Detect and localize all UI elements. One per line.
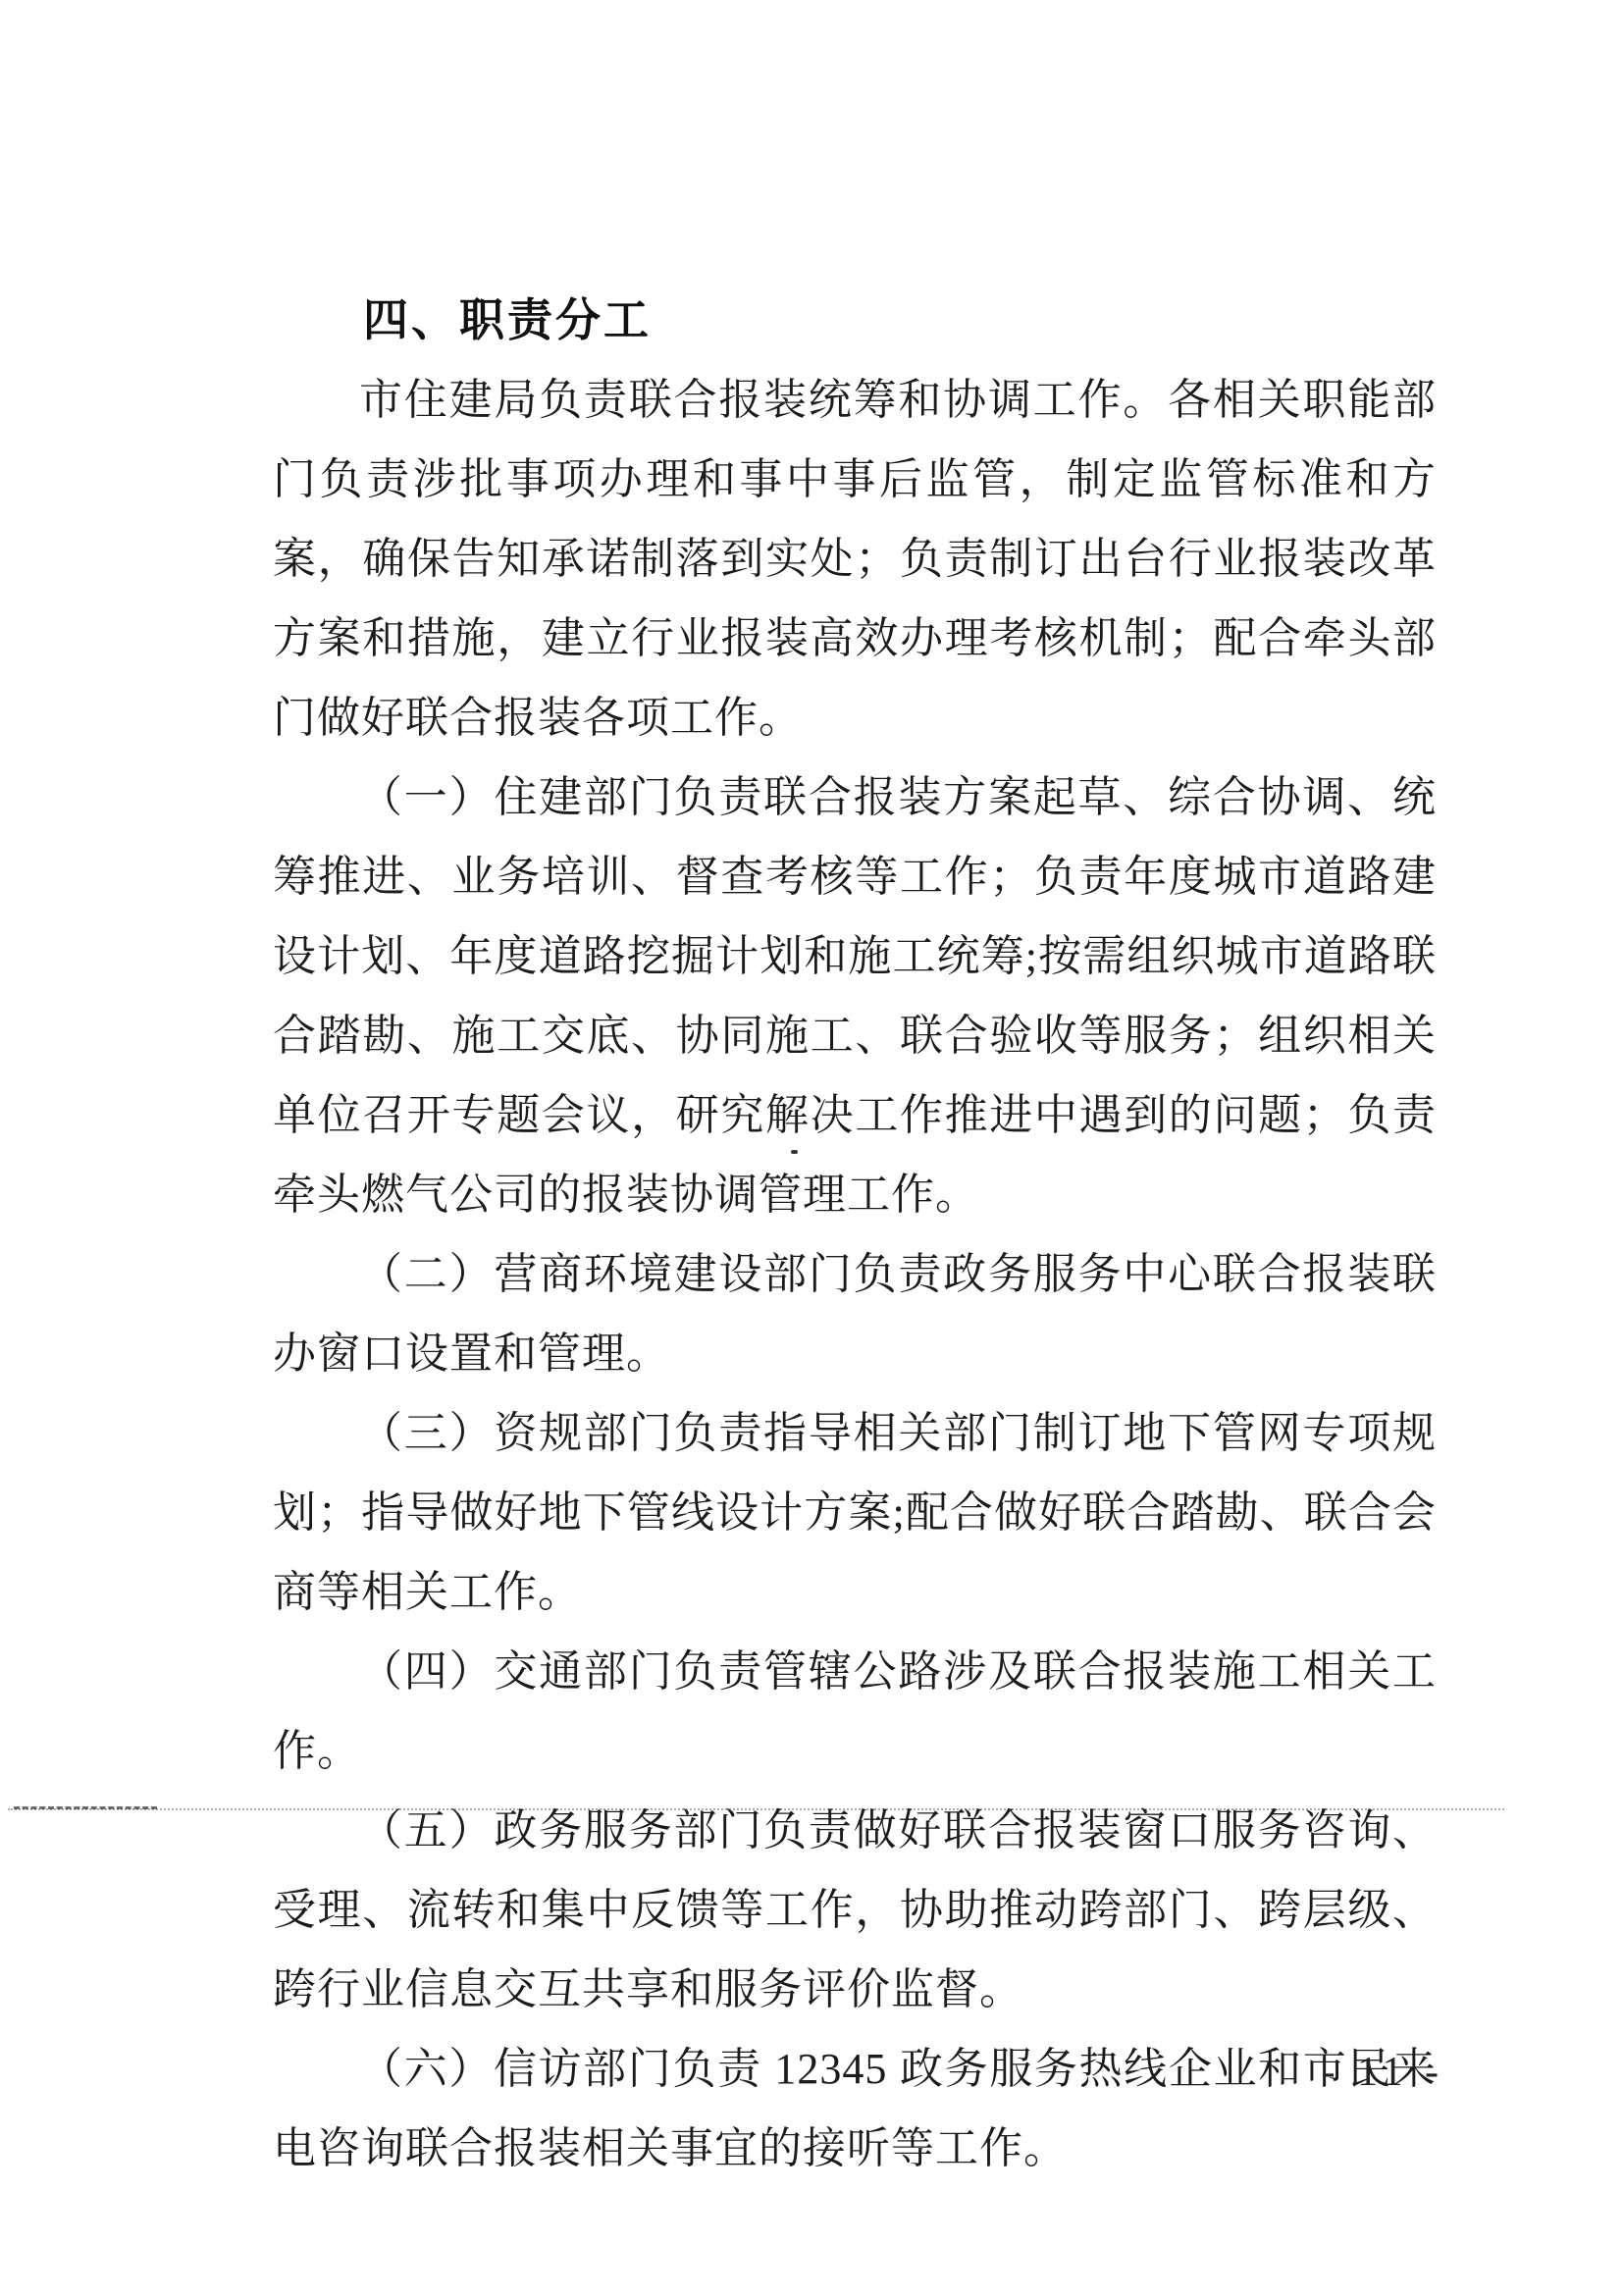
paragraph-item-1: （一）住建部门负责联合报装方案起草、综合协调、统筹推进、业务培训、督查考核等工作…: [273, 757, 1437, 1234]
paragraph-item-4: （四）交通部门负责管辖公路涉及联合报装施工相关工作。: [273, 1632, 1437, 1791]
section-heading: 四、职责分工: [273, 281, 1437, 360]
document-body: 四、职责分工 市住建局负责联合报装统筹和协调工作。各相关职能部门负责涉批事项办理…: [273, 281, 1437, 2188]
paragraph-overview: 市住建局负责联合报装统筹和协调工作。各相关职能部门负责涉批事项办理和事中事后监管…: [273, 360, 1437, 757]
paragraph-item-6: （六）信访部门负责 12345 政务服务热线企业和市民来电咨询联合报装相关事宜的…: [273, 2029, 1437, 2188]
scan-artifact-dotted-line: [8, 1808, 1504, 1810]
paragraph-item-2: （二）营商环境建设部门负责政务服务中心联合报装联办窗口设置和管理。: [273, 1234, 1437, 1393]
paragraph-item-3: （三）资规部门负责指导相关部门制订地下管网专项规划；指导做好地下管线设计方案;配…: [273, 1393, 1437, 1632]
scanned-document-page: 四、职责分工 市住建局负责联合报装统筹和协调工作。各相关职能部门负责涉批事项办理…: [0, 0, 1623, 2296]
paragraph-item-5: （五）政务服务部门负责做好联合报装窗口服务咨询、受理、流转和集中反馈等工作，协助…: [273, 1791, 1437, 2029]
scan-artifact-dot: [791, 1150, 798, 1154]
page-number: - 11 -: [1322, 2049, 1444, 2096]
scan-artifact-left-dashes: [14, 1806, 157, 1809]
